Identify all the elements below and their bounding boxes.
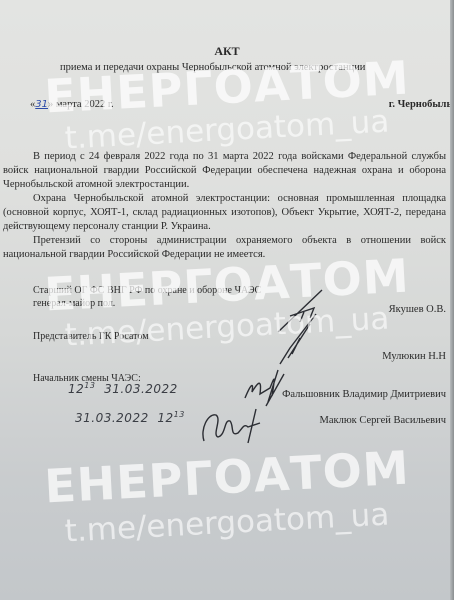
signature-makliuk-icon — [198, 405, 268, 445]
paragraph-period: В период с 24 февраля 2022 года по 31 ма… — [3, 150, 446, 192]
document-page: АКТ приема и передачи охраны Чернобыльск… — [0, 0, 454, 600]
paragraph-handover: Охрана Чернобыльской атомной электростан… — [3, 192, 446, 234]
signatory-3-name: Фальшовник Владимир Дмитриевич — [282, 388, 446, 401]
document-body: В период с 24 февраля 2022 года по 31 ма… — [3, 150, 446, 262]
signatory-3-handwritten-time-date: 1213 31.03.2022 — [68, 381, 178, 396]
signatory-2-name: Мулюкин Н.Н — [382, 350, 446, 363]
signatory-4-handwritten-date-time: 31.03.2022 1213 — [75, 410, 185, 425]
signatory-4-name: Маклюк Сергей Васильевич — [319, 414, 446, 427]
signature-falshovnik-icon — [240, 368, 300, 408]
paper-edge — [450, 0, 454, 600]
